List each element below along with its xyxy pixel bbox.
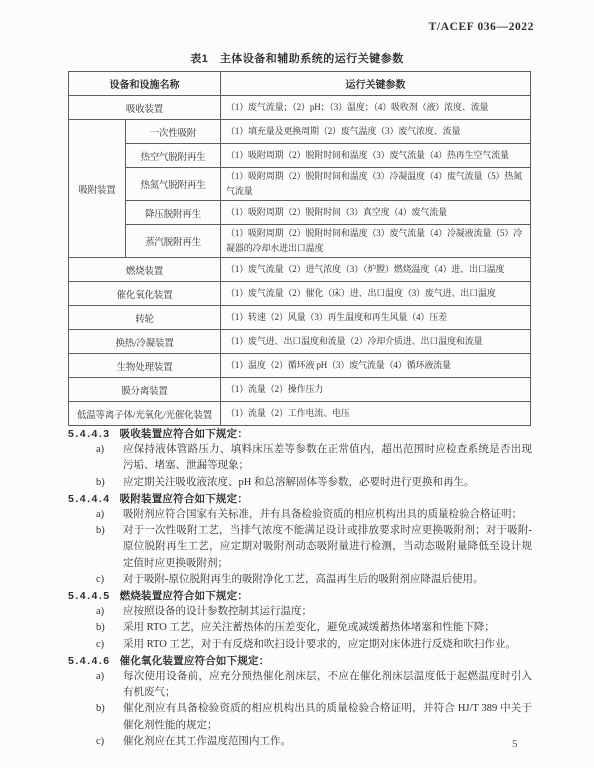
- clause-item: b) 对于一次性吸附工艺，当排气浓度不能满足设计或排放要求时应更换吸附剂；对于吸…: [68, 523, 532, 572]
- item-text: 吸附剂应符合国家有关标准，并有具备检验资质的相应机构出具的质量检验合格证明；: [123, 507, 532, 523]
- subtype-cell: 一次性吸附: [126, 120, 221, 144]
- table-row: 蒸汽脱附再生 （1）吸附周期（2）脱附时间和温度（3）废气流量（4）冷凝液流量（…: [69, 225, 531, 258]
- params-cell: （1）流量（2）工作电流、电压: [221, 402, 531, 426]
- table-row: 吸附装置 一次性吸附 （1）填充量及更换周期（2）废气温度（3）废气浓度、流量: [69, 120, 531, 144]
- device-cell: 燃烧装置: [69, 258, 221, 282]
- table-header-row: 设备和设施名称 运行关键参数: [69, 72, 531, 96]
- table-row: 吸收装置 （1）废气流量；（2）pH；（3）温度；（4）吸收剂（液）浓度、流量: [69, 96, 531, 120]
- device-cell: 转轮: [69, 306, 221, 330]
- page-number: 5: [512, 738, 518, 750]
- params-cell: （1）废气流量（2）进气浓度（3）（炉膛）燃烧温度（4）进、出口温度: [221, 258, 531, 282]
- device-group-cell: 吸附装置: [69, 120, 126, 258]
- clause-number: 5.4.4.6: [68, 655, 111, 667]
- item-text: 应定期关注吸收液浓度、pH 和总溶解固体等参数，必要时进行更换和再生。: [123, 475, 532, 491]
- item-label: a): [96, 442, 123, 474]
- clause-title: 催化氧化装置应符合如下规定：: [120, 655, 270, 667]
- subtype-cell: 蒸汽脱附再生: [126, 225, 221, 258]
- table-row: 转轮 （1）转速（2）风量（3）再生温度和再生风量（4）压差: [69, 306, 531, 330]
- params-cell: （1）吸附周期（2）脱附时间和温度（3）废气流量（4）热再生空气流量: [221, 144, 531, 168]
- device-cell: 催化氧化装置: [69, 282, 221, 306]
- clause-item: a) 吸附剂应符合国家有关标准，并有具备检验资质的相应机构出具的质量检验合格证明…: [68, 507, 532, 523]
- clause-heading: 5.4.4.6催化氧化装置应符合如下规定：: [68, 653, 532, 669]
- clause-item: c) 采用 RTO 工艺，对于有反烧和吹扫设计要求的，应定期对床体进行反烧和吹扫…: [68, 637, 532, 653]
- operation-parameters-table: 设备和设施名称 运行关键参数 吸收装置 （1）废气流量；（2）pH；（3）温度；…: [68, 71, 531, 426]
- table-title: 表1 主体设备和辅助系统的运行关键参数: [0, 50, 594, 66]
- item-text: 每次使用设备前，应充分预热催化剂床层，不应在催化剂床层温度低于起燃温度时引入有机…: [123, 669, 532, 701]
- item-label: b): [96, 475, 123, 491]
- table-row: 热空气脱附再生 （1）吸附周期（2）脱附时间和温度（3）废气流量（4）热再生空气…: [69, 144, 531, 168]
- item-label: b): [96, 523, 123, 572]
- clause-heading: 5.4.4.3吸收装置应符合如下规定：: [68, 426, 532, 442]
- table-row: 降压脱附再生 （1）吸附周期（2）脱附时间（3）真空度（4）废气流量: [69, 201, 531, 225]
- item-text: 对于一次性吸附工艺，当排气浓度不能满足设计或排放要求时应更换吸附剂；对于吸附-原…: [123, 523, 532, 572]
- params-cell: （1）吸附周期（2）脱附时间（3）真空度（4）废气流量: [221, 201, 531, 225]
- clause-item: b) 应定期关注吸收液浓度、pH 和总溶解固体等参数，必要时进行更换和再生。: [68, 475, 532, 491]
- item-label: b): [96, 701, 123, 733]
- clause-item: a) 每次使用设备前，应充分预热催化剂床层，不应在催化剂床层温度低于起燃温度时引…: [68, 669, 532, 701]
- clause-number: 5.4.4.3: [68, 428, 111, 440]
- table-row: 生物处理装置 （1）温度（2）循环液 pH（3）废气流量（4）循环液流量: [69, 354, 531, 378]
- params-cell: （1）转速（2）风量（3）再生温度和再生风量（4）压差: [221, 306, 531, 330]
- table-row: 燃烧装置 （1）废气流量（2）进气浓度（3）（炉膛）燃烧温度（4）进、出口温度: [69, 258, 531, 282]
- item-label: b): [96, 620, 123, 636]
- item-label: c): [96, 734, 123, 750]
- clause-number: 5.4.4.4: [68, 493, 111, 505]
- clause-item: a) 应保持液体管路压力、填料床压差等参数在正常值内，超出范围时应检查系统是否出…: [68, 442, 532, 474]
- table-row: 换热/冷凝装置 （1）废气进、出口温度和流量（2）冷却介质进、出口温度和流量: [69, 330, 531, 354]
- clause-title: 吸收装置应符合如下规定：: [120, 428, 248, 440]
- item-label: c): [96, 637, 123, 653]
- device-cell: 换热/冷凝装置: [69, 330, 221, 354]
- device-cell: 吸收装置: [69, 96, 221, 120]
- item-text: 催化剂应有具备检验资质的相应机构出具的质量检验合格证明，并符合 HJ/T 389…: [123, 701, 532, 733]
- item-text: 应按照设备的设计参数控制其运行温度；: [123, 604, 532, 620]
- params-cell: （1）吸附周期（2）脱附时间和温度（3）废气流量（4）冷凝液流量（5）冷凝器的冷…: [221, 225, 531, 258]
- item-text: 采用 RTO 工艺，应关注蓄热体的压差变化，避免或减缓蓄热体堵塞和性能下降；: [123, 620, 532, 636]
- clause-title: 吸附装置应符合如下规定：: [120, 493, 248, 505]
- item-label: a): [96, 507, 123, 523]
- clause-5445: 5.4.4.5燃烧装置应符合如下规定： a) 应按照设备的设计参数控制其运行温度…: [68, 588, 532, 653]
- item-text: 应保持液体管路压力、填料床压差等参数在正常值内，超出范围时应检查系统是否出现污垢…: [123, 442, 532, 474]
- clause-item: b) 催化剂应有具备检验资质的相应机构出具的质量检验合格证明，并符合 HJ/T …: [68, 701, 532, 733]
- header-device: 设备和设施名称: [69, 72, 221, 96]
- clause-heading: 5.4.4.4吸附装置应符合如下规定：: [68, 491, 532, 507]
- params-cell: （1）填充量及更换周期（2）废气温度（3）废气浓度、流量: [221, 120, 531, 144]
- clause-title: 燃烧装置应符合如下规定：: [120, 590, 248, 602]
- subtype-cell: 降压脱附再生: [126, 201, 221, 225]
- table-row: 膜分离装置 （1）流量（2）操作压力: [69, 378, 531, 402]
- table-row: 热氮气脱附再生 （1）吸附周期（2）脱附时间和温度（3）冷凝温度（4）废气流量（…: [69, 168, 531, 201]
- item-label: a): [96, 604, 123, 620]
- device-cell: 生物处理装置: [69, 354, 221, 378]
- params-cell: （1）废气流量；（2）pH；（3）温度；（4）吸收剂（液）浓度、流量: [221, 96, 531, 120]
- params-cell: （1）流量（2）操作压力: [221, 378, 531, 402]
- subtype-cell: 热空气脱附再生: [126, 144, 221, 168]
- params-cell: （1）废气流量（2）催化（床）进、出口温度（3）废气进、出口温度: [221, 282, 531, 306]
- clause-heading: 5.4.4.5燃烧装置应符合如下规定：: [68, 588, 532, 604]
- params-cell: （1）吸附周期（2）脱附时间和温度（3）冷凝温度（4）废气流量（5）热氮气流量: [221, 168, 531, 201]
- item-label: a): [96, 669, 123, 701]
- clauses: 5.4.4.3吸收装置应符合如下规定： a) 应保持液体管路压力、填料床压差等参…: [68, 426, 532, 750]
- params-cell: （1）废气进、出口温度和流量（2）冷却介质进、出口温度和流量: [221, 330, 531, 354]
- clause-5443: 5.4.4.3吸收装置应符合如下规定： a) 应保持液体管路压力、填料床压差等参…: [68, 426, 532, 491]
- header-params: 运行关键参数: [221, 72, 531, 96]
- item-text: 催化剂应在其工作温度范围内工作。: [123, 734, 532, 750]
- item-label: c): [96, 572, 123, 588]
- table-row: 低温等离子体/光氧化/光催化装置 （1）流量（2）工作电流、电压: [69, 402, 531, 426]
- subtype-cell: 热氮气脱附再生: [126, 168, 221, 201]
- table-row: 催化氧化装置 （1）废气流量（2）催化（床）进、出口温度（3）废气进、出口温度: [69, 282, 531, 306]
- clause-item: c) 催化剂应在其工作温度范围内工作。: [68, 734, 532, 750]
- item-text: 采用 RTO 工艺，对于有反烧和吹扫设计要求的，应定期对床体进行反烧和吹扫作业。: [123, 637, 532, 653]
- clause-number: 5.4.4.5: [68, 590, 111, 602]
- document-page: T/ACEF 036—2022 表1 主体设备和辅助系统的运行关键参数 设备和设…: [0, 0, 594, 768]
- clause-5446: 5.4.4.6催化氧化装置应符合如下规定： a) 每次使用设备前，应充分预热催化…: [68, 653, 532, 750]
- device-cell: 低温等离子体/光氧化/光催化装置: [69, 402, 221, 426]
- params-cell: （1）温度（2）循环液 pH（3）废气流量（4）循环液流量: [221, 354, 531, 378]
- clause-item: a) 应按照设备的设计参数控制其运行温度；: [68, 604, 532, 620]
- clause-item: c) 对于吸附-原位脱附再生的吸附净化工艺，高温再生后的吸附剂应降温后使用。: [68, 572, 532, 588]
- doc-code: T/ACEF 036—2022: [429, 21, 534, 33]
- device-cell: 膜分离装置: [69, 378, 221, 402]
- clause-5444: 5.4.4.4吸附装置应符合如下规定： a) 吸附剂应符合国家有关标准，并有具备…: [68, 491, 532, 588]
- clause-item: b) 采用 RTO 工艺，应关注蓄热体的压差变化，避免或减缓蓄热体堵塞和性能下降…: [68, 620, 532, 636]
- item-text: 对于吸附-原位脱附再生的吸附净化工艺，高温再生后的吸附剂应降温后使用。: [123, 572, 532, 588]
